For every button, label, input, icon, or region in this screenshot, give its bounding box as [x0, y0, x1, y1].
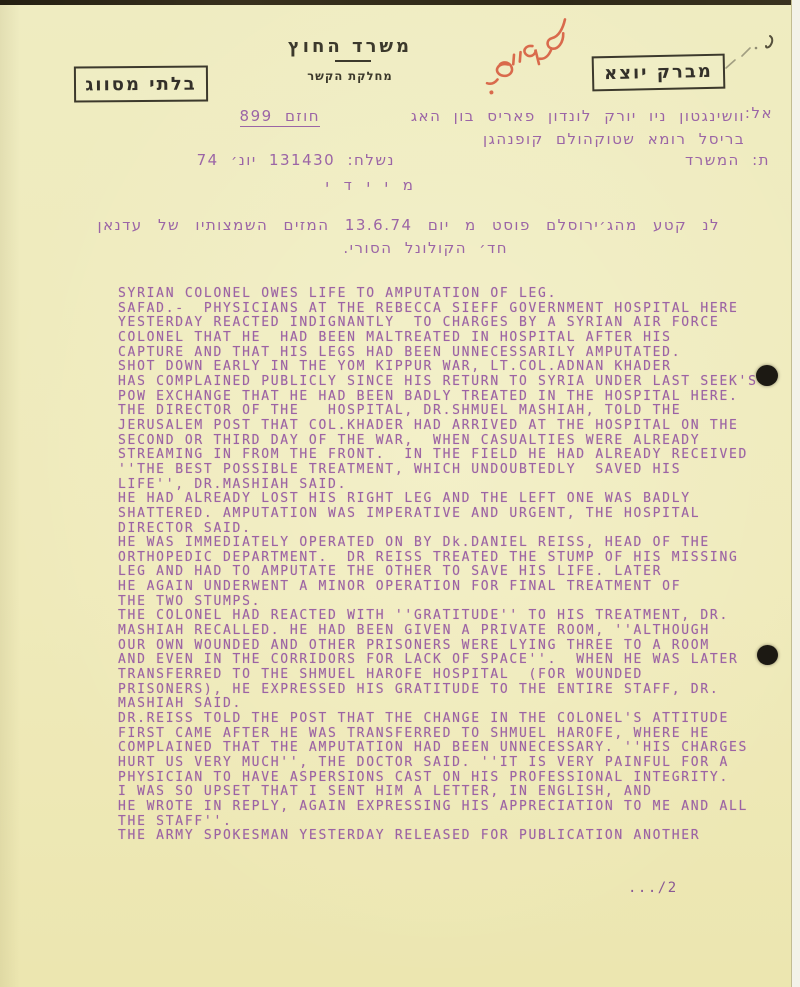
scan-right-edge [791, 0, 800, 987]
hole-punch-dot-top [756, 365, 778, 386]
telegram-scan-page: משרד החוץ מחלקת הקשר מברק יוצא בלתי מסוו… [0, 0, 800, 987]
from-line: ת: המשרד [685, 151, 770, 169]
scan-top-edge [0, 0, 800, 5]
circular-number: חוזם 899 [240, 107, 320, 125]
to-label: אל: [745, 104, 773, 122]
ministry-title-underline [335, 60, 371, 62]
page-continuation-mark: .../2 [628, 880, 678, 896]
department-subtitle: מחלקת הקשר [280, 69, 420, 83]
addressees-line-1: וושינגטון ניו יורק לונדון פאריס בון האג [411, 107, 745, 125]
priority-immediate: מ י י ד י [325, 176, 415, 194]
circular-number-text: חוזם 899 [240, 107, 320, 127]
ministry-title: משרד החוץ [280, 36, 420, 57]
pen-check-mark [712, 26, 798, 74]
sent-line: נשלח: 131430 יונ׳ 74 [197, 151, 395, 169]
outgoing-telegram-stamp: מברק יוצא [592, 54, 726, 92]
unclassified-stamp: בלתי מסווג [74, 66, 208, 103]
intro-hebrew-line-1: לנ קטע מהג׳ירוסלם פוסט מ יום 13.6.74 המז… [98, 216, 721, 234]
hole-punch-dot-bottom [757, 645, 778, 665]
telegram-body-text: SYRIAN COLONEL OWES LIFE TO AMPUTATION O… [118, 287, 758, 844]
intro-hebrew-line-2: חד׳ הקולונל הסורי. [343, 239, 508, 257]
addressees-line-2: בריסל רומא שטוקהולם קופנהגן [483, 130, 745, 148]
handwritten-note-red-scrawl [472, 14, 588, 99]
